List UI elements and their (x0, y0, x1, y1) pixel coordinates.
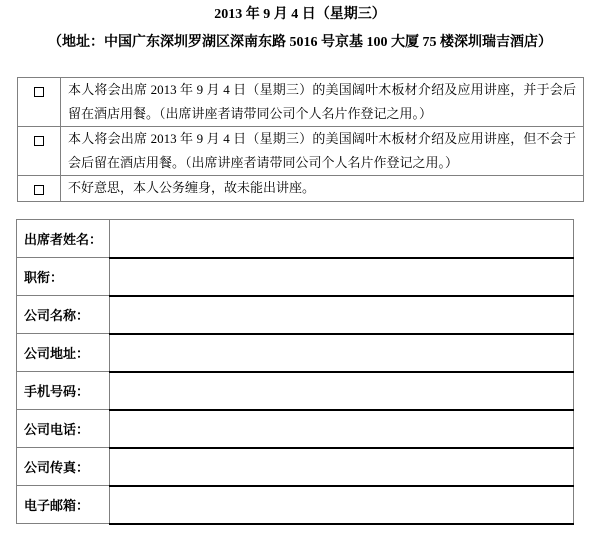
checkbox-unchecked-icon[interactable] (34, 185, 44, 195)
rsvp-options-table: 本人将会出席 2013 年 9 月 4 日（星期三）的美国阔叶木板材介绍及应用讲… (17, 77, 584, 202)
rsvp-checkbox-cell[interactable] (18, 127, 61, 176)
form-field-value-cell[interactable] (110, 296, 574, 334)
registration-form-table: 出席者姓名：职衔：公司名称：公司地址：手机号码：公司电话：公司传真：电子邮箱： (16, 219, 574, 525)
form-field-value-cell[interactable] (110, 372, 574, 410)
rsvp-checkbox-cell[interactable] (18, 78, 61, 127)
form-field-row: 出席者姓名： (17, 220, 574, 258)
fill-in-line (111, 483, 572, 484)
form-field-label: 公司名称： (17, 296, 110, 334)
form-field-label: 手机号码： (17, 372, 110, 410)
form-field-label: 公司传真： (17, 448, 110, 486)
form-field-value-cell[interactable] (110, 448, 574, 486)
fill-in-line (111, 521, 572, 522)
form-field-label: 公司电话： (17, 410, 110, 448)
registration-form-body: 出席者姓名：职衔：公司名称：公司地址：手机号码：公司电话：公司传真：电子邮箱： (17, 220, 574, 524)
rsvp-option-text: 不好意思，本人公务缠身，故未能出讲座。 (61, 176, 584, 202)
checkbox-unchecked-icon[interactable] (34, 136, 44, 146)
form-field-row: 公司地址： (17, 334, 574, 372)
fill-in-line (111, 255, 572, 256)
form-field-label: 公司地址： (17, 334, 110, 372)
checkbox-unchecked-icon[interactable] (34, 87, 44, 97)
form-field-label: 职衔： (17, 258, 110, 296)
rsvp-checkbox-cell[interactable] (18, 176, 61, 202)
form-field-row: 公司传真： (17, 448, 574, 486)
document-page: 2013 年 9 月 4 日（星期三） （地址：中国广东深圳罗湖区深南东路 50… (0, 0, 600, 533)
fill-in-line (111, 407, 572, 408)
form-field-label: 电子邮箱： (17, 486, 110, 524)
event-date-title: 2013 年 9 月 4 日（星期三） (0, 6, 600, 24)
event-address-line: （地址：中国广东深圳罗湖区深南东路 5016 号京基 100 大厦 75 楼深圳… (0, 34, 600, 52)
fill-in-line (111, 445, 572, 446)
form-field-value-cell[interactable] (110, 258, 574, 296)
fill-in-line (111, 293, 572, 294)
rsvp-option-text: 本人将会出席 2013 年 9 月 4 日（星期三）的美国阔叶木板材介绍及应用讲… (61, 78, 584, 127)
fill-in-line (111, 369, 572, 370)
form-field-row: 职衔： (17, 258, 574, 296)
rsvp-option-row: 本人将会出席 2013 年 9 月 4 日（星期三）的美国阔叶木板材介绍及应用讲… (18, 78, 584, 127)
form-field-value-cell[interactable] (110, 410, 574, 448)
fill-in-line (111, 331, 572, 332)
form-field-value-cell[interactable] (110, 486, 574, 524)
rsvp-options-body: 本人将会出席 2013 年 9 月 4 日（星期三）的美国阔叶木板材介绍及应用讲… (18, 78, 584, 202)
form-field-row: 公司名称： (17, 296, 574, 334)
form-field-row: 手机号码： (17, 372, 574, 410)
form-field-row: 公司电话： (17, 410, 574, 448)
form-field-row: 电子邮箱： (17, 486, 574, 524)
form-field-value-cell[interactable] (110, 334, 574, 372)
form-field-label: 出席者姓名： (17, 220, 110, 258)
rsvp-option-text: 本人将会出席 2013 年 9 月 4 日（星期三）的美国阔叶木板材介绍及应用讲… (61, 127, 584, 176)
rsvp-option-row: 本人将会出席 2013 年 9 月 4 日（星期三）的美国阔叶木板材介绍及应用讲… (18, 127, 584, 176)
form-field-value-cell[interactable] (110, 220, 574, 258)
rsvp-option-row: 不好意思，本人公务缠身，故未能出讲座。 (18, 176, 584, 202)
